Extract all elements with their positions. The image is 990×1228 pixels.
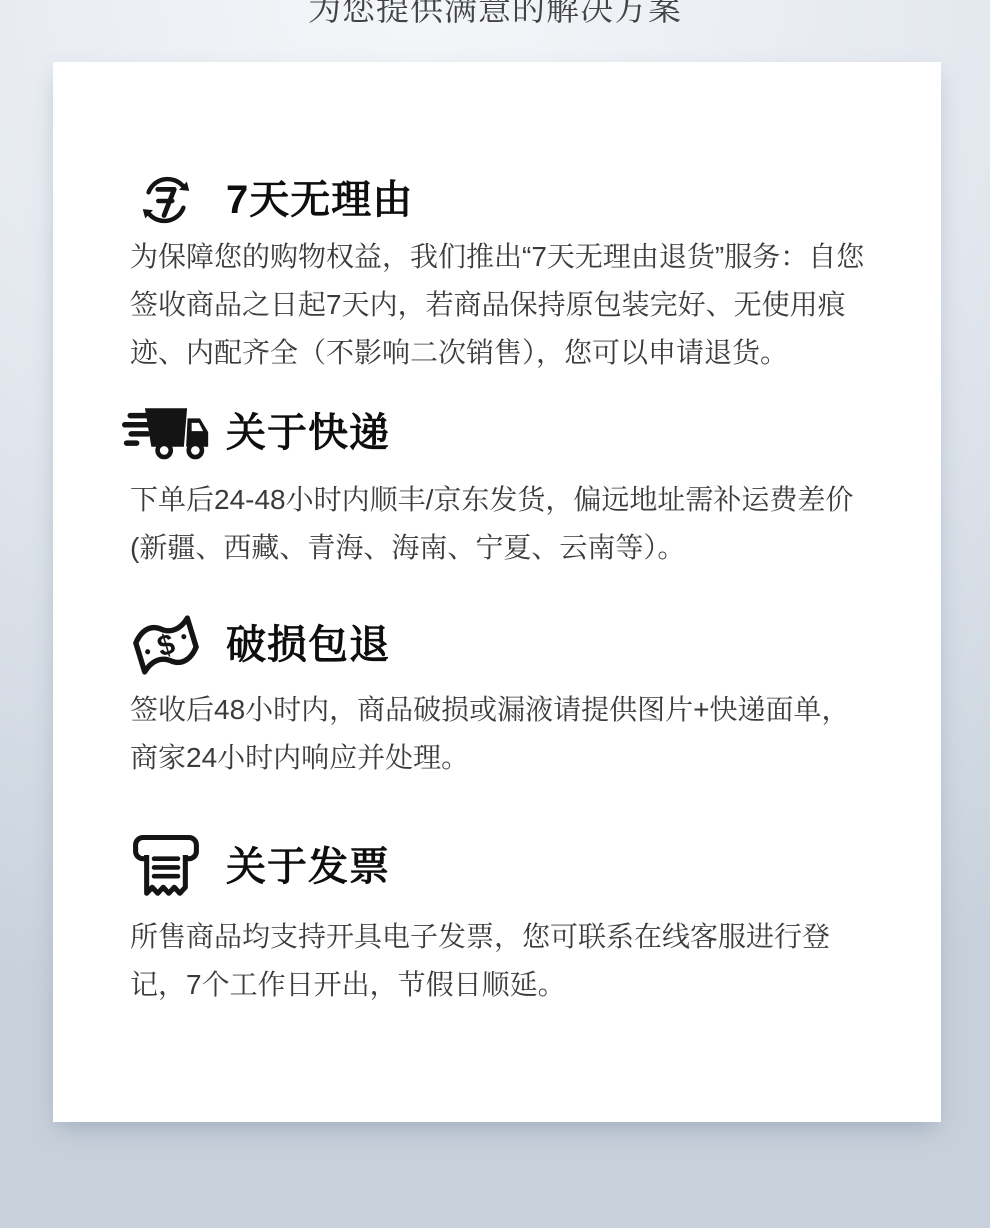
service-policy-card: 7天无理由 为保障您的购物权益，我们推出“7天无理由退货”服务：自您签收商品之日…: [53, 62, 941, 1122]
section-damage: $ 破损包退: [122, 606, 877, 684]
banknote-icon: $: [122, 606, 210, 684]
section-return-body: 为保障您的购物权益，我们推出“7天无理由退货”服务：自您签收商品之日起7天内，若…: [130, 233, 877, 377]
section-return-title: 7天无理由: [226, 180, 413, 220]
page: { "banner": { "text": "为您提供满意的解决方案" }, "…: [0, 0, 990, 1228]
section-shipping-body: 下单后24-48小时内顺丰/京东发货，偏远地址需补运费差价(新疆、西藏、青海、海…: [130, 476, 877, 572]
section-return: 7天无理由: [122, 170, 877, 230]
section-damage-body: 签收后48小时内，商品破损或漏液请提供图片+快递面单，商家24小时内响应并处理。: [130, 686, 877, 782]
delivery-truck-icon: [122, 404, 210, 462]
receipt-icon: [122, 831, 210, 903]
section-invoice-body: 所售商品均支持开具电子发票，您可联系在线客服进行登记，7个工作日开出，节假日顺延…: [130, 913, 877, 1009]
top-banner-text: 为您提供满意的解决方案: [0, 0, 990, 30]
section-damage-title: 破损包退: [226, 625, 390, 665]
refresh-7-icon: [122, 171, 210, 229]
section-shipping-title: 关于快递: [226, 413, 390, 453]
section-shipping: 关于快递: [122, 404, 877, 462]
section-invoice: 关于发票: [122, 830, 877, 904]
section-invoice-title: 关于发票: [226, 847, 390, 887]
